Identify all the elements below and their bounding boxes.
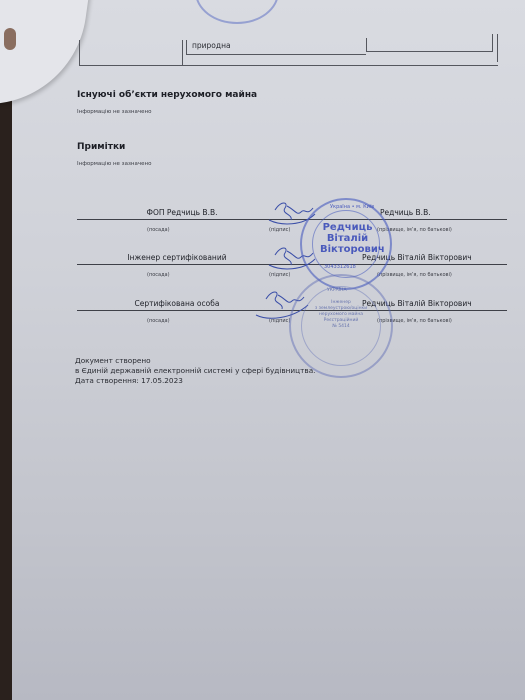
table-fragment: природна — [79, 34, 504, 68]
top-partial-stamp — [195, 0, 279, 24]
signer-position: Інженер сертифікований — [97, 253, 257, 262]
document-page: природна Існуючі об’єкти нерухомого майн… — [12, 0, 525, 700]
signer-name: Редчиць В.В. — [380, 208, 525, 217]
finger — [4, 28, 16, 50]
stamp-code: 3043312618 — [324, 264, 356, 270]
existing-objects-heading: Існуючі об’єкти нерухомого майна — [77, 90, 257, 100]
signer-position: ФОП Редчиць В.В. — [117, 208, 247, 217]
name-caption: (прізвище, ім’я, по батькові) — [377, 272, 452, 278]
stamp-certified: Інженер з землеустрою/оцінки нерухомого … — [289, 274, 393, 378]
position-caption: (посада) — [147, 272, 170, 278]
stamp-line: Вікторович — [320, 244, 375, 255]
position-caption: (посада) — [147, 318, 170, 324]
stamp-line: Віталій — [320, 233, 375, 244]
stamp-line: Редчиць — [320, 222, 375, 233]
stamp-line: № 5414 — [313, 324, 369, 330]
footer-line-2: в Єдиній державній електронній системі у… — [75, 366, 316, 376]
document-footer: Документ створено в Єдиній державній еле… — [75, 356, 316, 386]
notes-value: Інформацію не зазначено — [77, 161, 151, 167]
creation-date: Дата створення: 17.05.2023 — [75, 376, 316, 386]
notes-heading: Примітки — [77, 142, 125, 152]
position-caption: (посада) — [147, 227, 170, 233]
signer-position: Сертифікована особа — [97, 299, 257, 308]
stamp-ring-text: Україна • м. Київ — [330, 204, 374, 210]
footer-line-1: Документ створено — [75, 356, 316, 366]
table-cell-value: природна — [192, 41, 231, 50]
stamp-ring-text: УКРАЇНА — [327, 288, 347, 293]
existing-objects-value: Інформацію не зазначено — [77, 109, 151, 115]
